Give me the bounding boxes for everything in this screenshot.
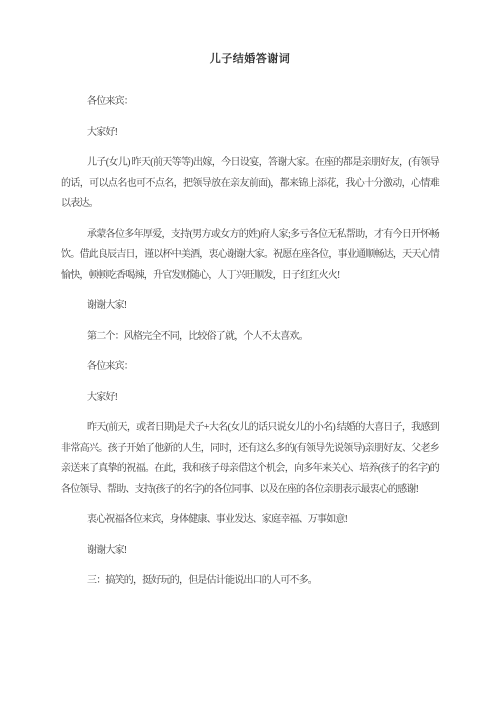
paragraph-thanks-2: 谢谢大家! [61, 541, 439, 562]
paragraph-salutation-2: 各位来宾： [61, 357, 439, 378]
paragraph-thanks-1: 谢谢大家! [61, 296, 439, 317]
paragraph-body-3: 昨天(前天，或者日期)是犬子+大名(女儿的话只说女儿的小名) 结婚的大喜日子，我… [61, 418, 439, 500]
document-title: 儿子结婚答谢词 [61, 52, 439, 66]
paragraph-note-third: 三：搞笑的，挺好玩的，但是估计能说出口的人可不多。 [61, 571, 439, 592]
paragraph-salutation-1: 各位来宾： [61, 92, 439, 113]
document-page: 儿子结婚答谢词 各位来宾： 大家好! 儿子(女儿) 昨天(前天等等)出嫁，今日设… [0, 0, 500, 708]
paragraph-blessing: 衷心祝福各位来宾，身体健康、事业发达、家庭幸福、万事如意! [61, 510, 439, 531]
paragraph-note-second: 第二个：风格完全不同，比较俗了就，个人不太喜欢。 [61, 327, 439, 348]
paragraph-body-2: 承蒙各位多年厚爱，支持(男方或女方的姓)府人家;多亏各位无私帮助，才有今日开怀畅… [61, 225, 439, 287]
paragraph-greeting-2: 大家好! [61, 388, 439, 409]
paragraph-body-1: 儿子(女儿) 昨天(前天等等)出嫁，今日设宴，答谢大家。在座的都是亲朋好友，(有… [61, 153, 439, 215]
paragraph-greeting-1: 大家好! [61, 123, 439, 144]
